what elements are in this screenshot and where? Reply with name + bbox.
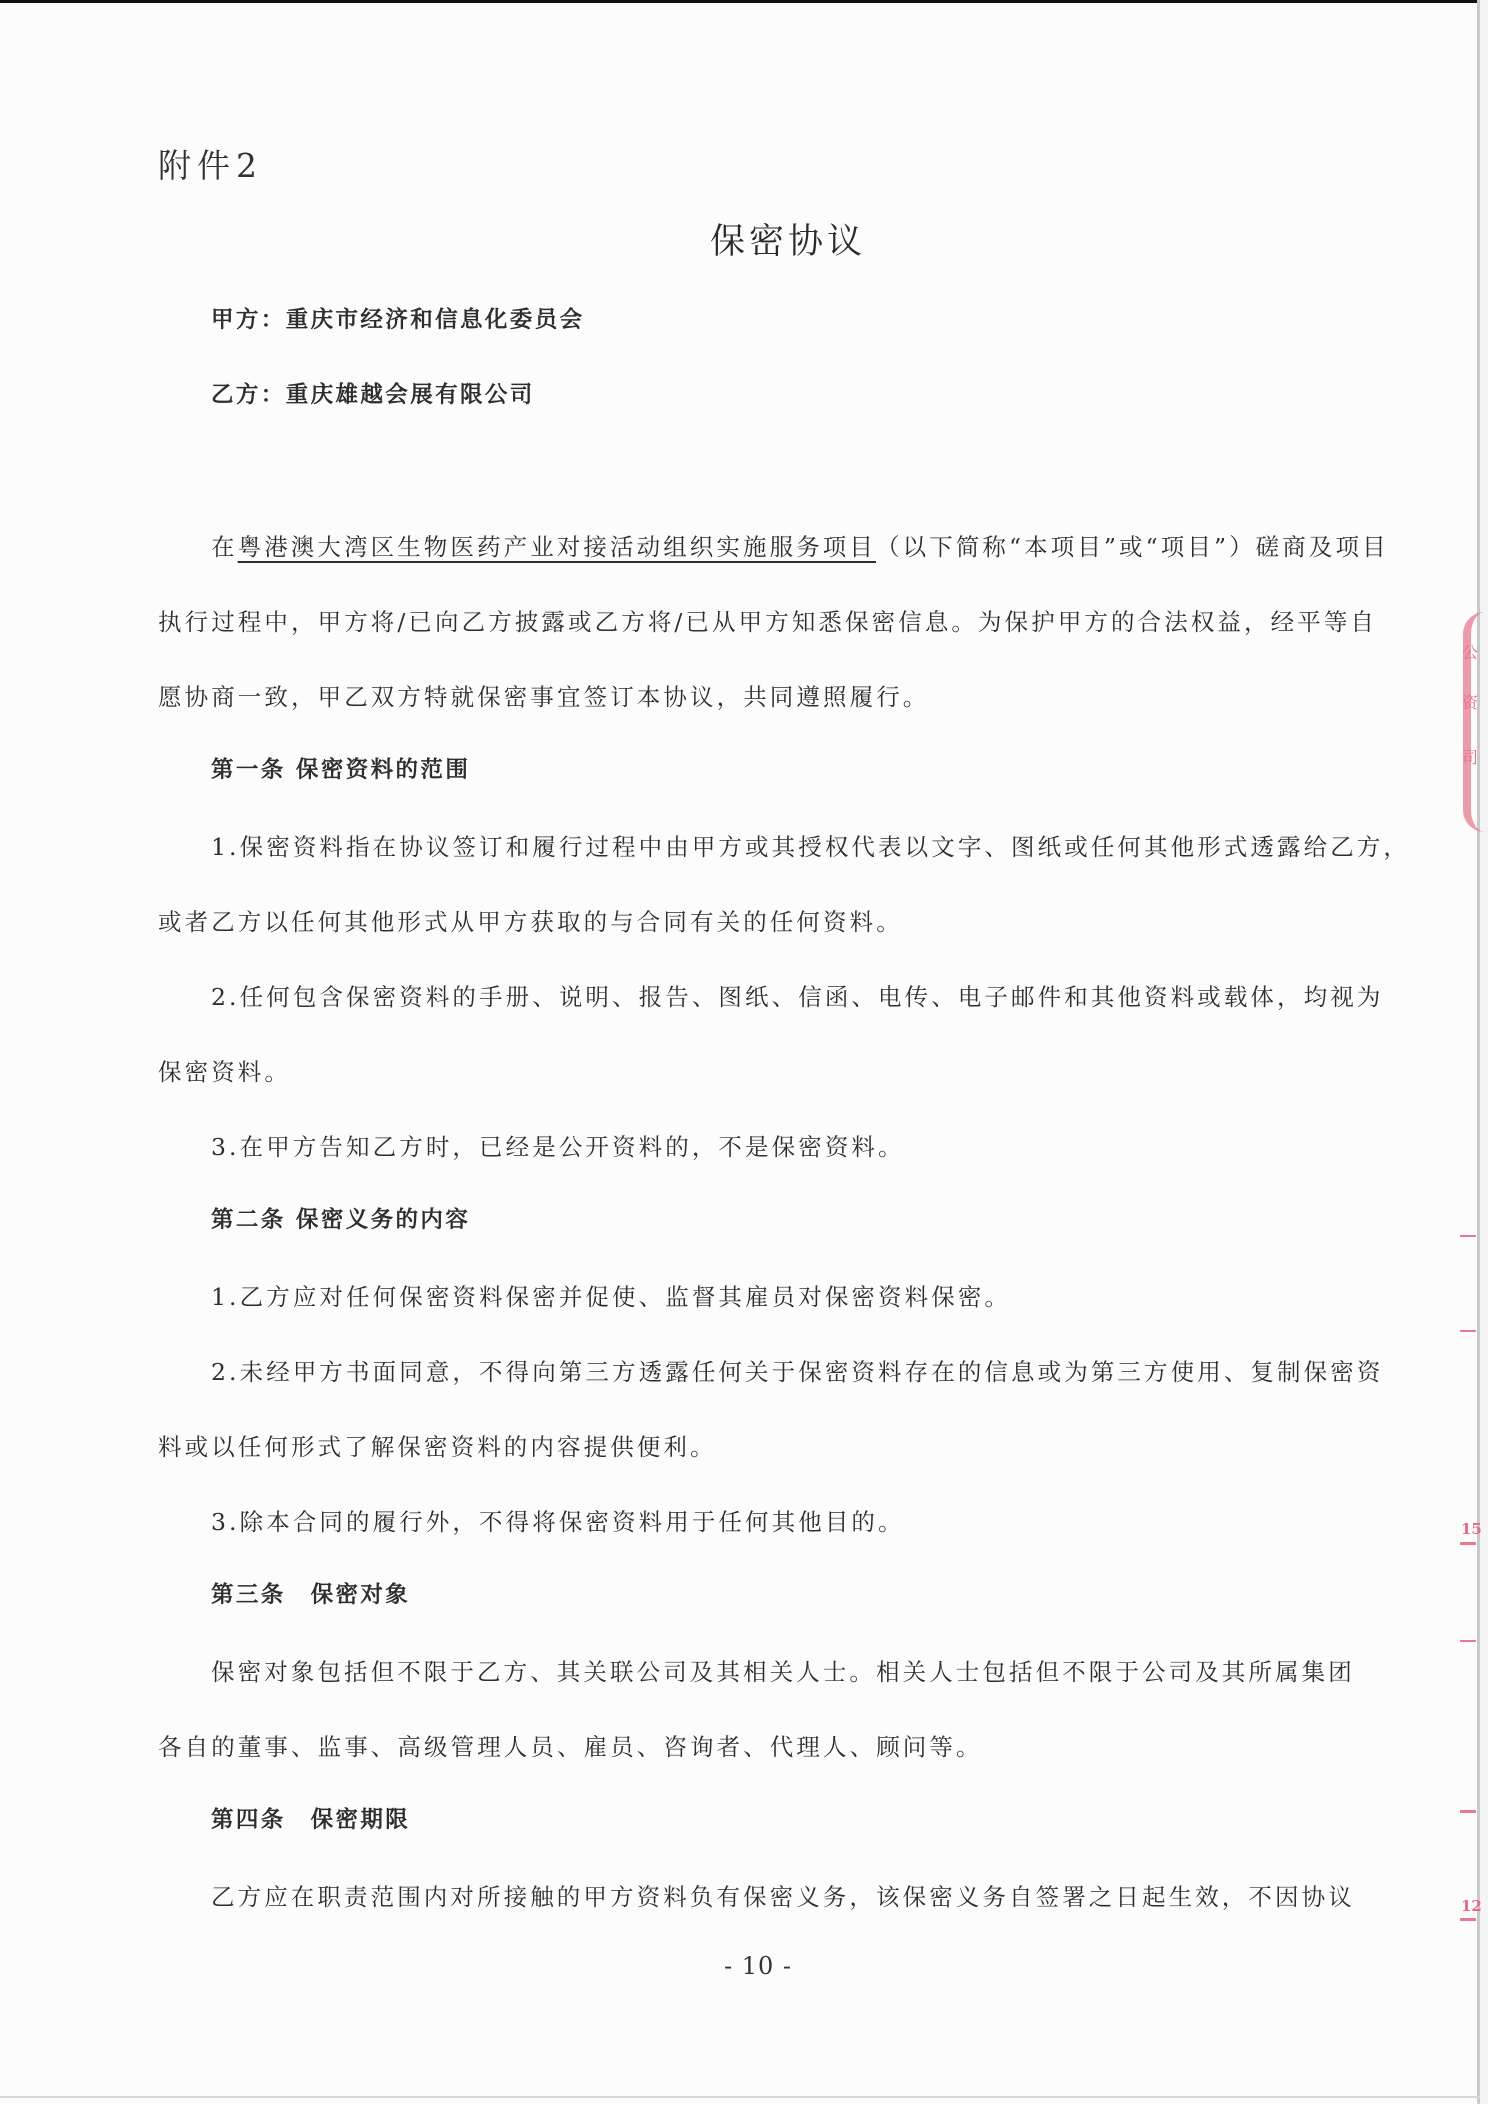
seal-char: 司 [1462,745,1478,768]
seal-char: 公 [1462,640,1478,663]
article-1-heading: 第一条 保密资料的范围 [211,752,470,784]
scan-top-border [0,0,1488,3]
preamble-line-1: 在粤港澳大湾区生物医药产业对接活动组织实施服务项目（以下简称“本项目”或“项目”… [211,528,1389,562]
article-4-line: 乙方应在职责范围内对所接触的甲方资料负有保密义务，该保密义务自签署之日起生效，不… [211,1878,1355,1912]
margin-page-mark: 12 [1461,1897,1482,1915]
article-4-heading: 第四条 保密期限 [211,1802,410,1834]
preamble-line-2: 执行过程中，甲方将/已向乙方披露或乙方将/已从甲方知悉保密信息。为保护甲方的合法… [158,603,1377,637]
attachment-label: 附件2 [158,140,263,187]
project-name: 粤港澳大湾区生物医药产业对接活动组织实施服务项目 [238,533,876,561]
article-3-heading: 第三条 保密对象 [211,1577,410,1609]
article-1-line: 1.保密资料指在协议签订和履行过程中由甲方或其授权代表以文字、图纸或任何其他形式… [211,828,1410,862]
preamble-line1-suffix: （以下简称“本项目”或“项目”）磋商及项目 [876,533,1389,561]
page-bottom-edge [0,2096,1480,2098]
article-2-heading: 第二条 保密义务的内容 [211,1202,470,1234]
article-2-line: 1.乙方应对任何保密资料保密并促使、监督其雇员对保密资料保密。 [211,1278,1011,1312]
article-1-line: 保密资料。 [158,1053,291,1087]
margin-signature-mark [1460,1810,1476,1813]
preamble-prefix: 在 [211,533,238,561]
seal-char: 资 [1462,690,1478,713]
article-1-line: 3.在甲方告知乙方时，已经是公开资料的，不是保密资料。 [211,1128,905,1162]
article-2-line: 3.除本合同的履行外，不得将保密资料用于任何其他目的。 [211,1503,905,1537]
party-a: 甲方：重庆市经济和信息化委员会 [211,302,585,334]
document-title: 保密协议 [710,214,866,264]
margin-signature-mark [1460,1330,1476,1332]
article-2-line: 2.未经甲方书面同意，不得向第三方透露任何关于保密资料存在的信息或为第三方使用、… [211,1353,1383,1387]
margin-signature-mark [1460,1918,1476,1921]
next-page-margin [1480,0,1488,2104]
page-number: - 10 - [724,1952,792,1980]
margin-signature-mark [1460,1235,1476,1237]
article-3-line: 保密对象包括但不限于乙方、其关联公司及其相关人士。相关人士包括但不限于公司及其所… [211,1653,1355,1687]
article-1-line: 2.任何包含保密资料的手册、说明、报告、图纸、信函、电传、电子邮件和其他资料或载… [211,978,1383,1012]
article-1-line: 或者乙方以任何其他形式从甲方获取的与合同有关的任何资料。 [158,903,903,937]
preamble-line-3: 愿协商一致，甲乙双方特就保密事宜签订本协议，共同遵照履行。 [158,678,929,712]
article-3-line: 各自的董事、监事、高级管理人员、雇员、咨询者、代理人、顾问等。 [158,1728,983,1762]
margin-signature-mark [1460,1542,1476,1545]
article-2-line: 料或以任何形式了解保密资料的内容提供便利。 [158,1428,717,1462]
party-b: 乙方：重庆雄越会展有限公司 [211,377,535,409]
margin-signature-mark [1460,1640,1476,1642]
margin-page-mark: 15 [1461,1520,1482,1538]
